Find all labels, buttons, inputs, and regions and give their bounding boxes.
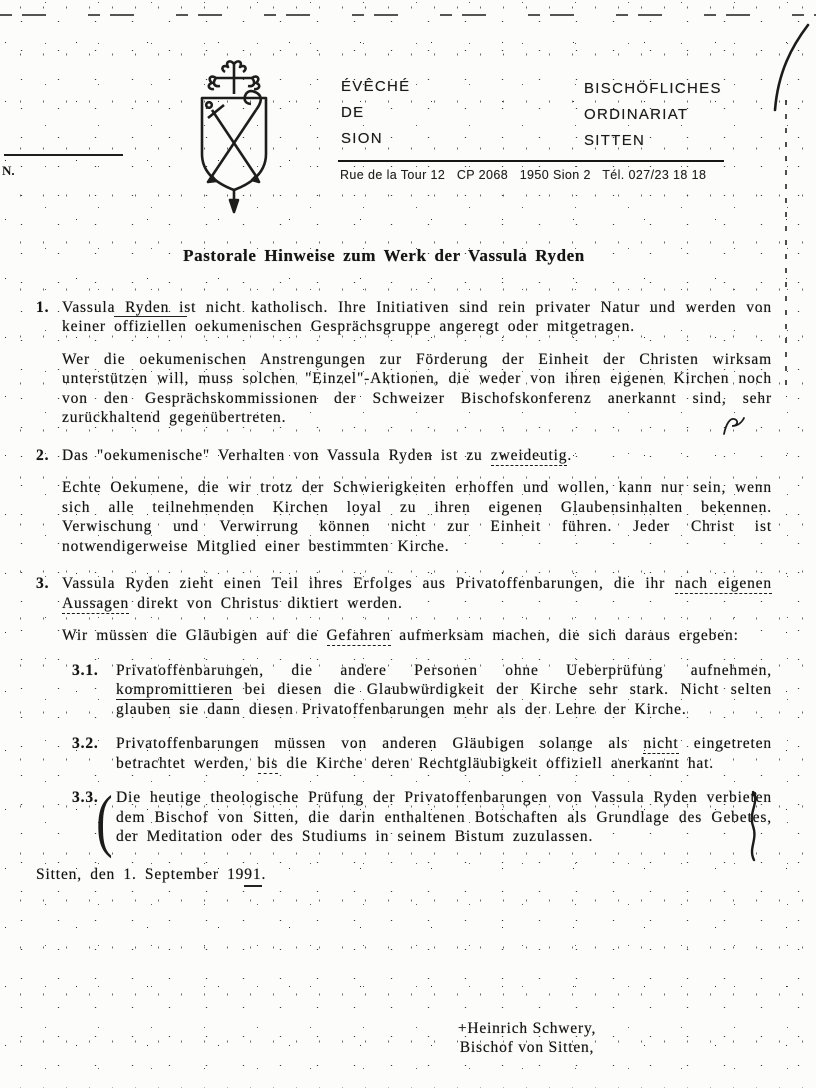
paragraph: Wer die oekumenischen Anstrengungen zur … xyxy=(62,350,772,428)
numbered-subitem-3-3: 3.3. Die heutige theologische Prüfung de… xyxy=(72,788,772,847)
paragraph: Vassula Ryden ist nicht katholisch. Ihre… xyxy=(62,298,772,337)
letterhead-fr-line3: SION xyxy=(341,126,411,152)
underlined-word: kompromittieren xyxy=(116,681,233,700)
underlined-word: nicht xyxy=(643,735,678,754)
numbered-subitem-3-2: 3.2. Privatoffenbarungen müssen von ande… xyxy=(72,734,772,773)
underlined-word: bis xyxy=(258,755,279,774)
paragraph: Echte Oekumene, die wir trotz der Schwie… xyxy=(62,478,772,556)
paragraph: Privatoffenbarungen müssen von anderen G… xyxy=(116,734,772,773)
numbered-item-3: 3. Vassula Ryden zieht einen Teil ihres … xyxy=(36,574,772,646)
item-number: 2. xyxy=(36,446,62,557)
letterhead-fr-line1: ÉVÊCHÉ xyxy=(341,74,411,100)
letterhead-de-line1: BISCHÖFLICHES xyxy=(584,76,722,102)
margin-note: N. xyxy=(2,163,15,179)
numbered-subitem-3-1: 3.1. Privatoffenbarungen, die andere Per… xyxy=(72,661,772,720)
scan-artifact-left-rule xyxy=(4,154,123,156)
paragraph: Privatoffenbarungen, die andere Personen… xyxy=(116,661,772,720)
paragraph: Vassula Ryden zieht einen Teil ihres Erf… xyxy=(62,574,772,613)
subitem-number: 3.1. xyxy=(72,661,116,720)
numbered-item-2: 2. Das "oekumenische" Verhalten von Vass… xyxy=(36,446,772,557)
overlined-word: offiziellen xyxy=(114,316,187,335)
bishop-coat-of-arms-icon xyxy=(182,58,286,216)
signature-role: Bischof von Sitten, xyxy=(402,1039,652,1058)
letter-body: Pastorale Hinweise zum Werk der Vassula … xyxy=(36,246,772,884)
letterhead-de-line2: ORDINARIAT xyxy=(584,102,722,128)
date-line: Sitten, den 1. September 1991. xyxy=(36,865,772,885)
signature-name: +Heinrich Schwery, xyxy=(402,1020,652,1039)
paragraph: Wir müssen die Gläubigen auf die Gefahre… xyxy=(62,626,772,646)
underlined-word: zweideutig xyxy=(491,447,568,466)
document-title: Pastorale Hinweise zum Werk der Vassula … xyxy=(36,246,732,266)
letterhead-french: ÉVÊCHÉ DE SION xyxy=(341,74,411,152)
letterhead-german: BISCHÖFLICHES ORDINARIAT SITTEN xyxy=(584,76,722,154)
scan-artifact-right-dotted-line xyxy=(785,100,787,388)
letterhead-divider xyxy=(338,160,724,162)
signature-block: +Heinrich Schwery, Bischof von Sitten, xyxy=(402,1020,652,1057)
scan-artifact-pen-curve xyxy=(768,22,812,114)
item-number: 1. xyxy=(36,298,62,428)
scan-artifact-top-dashed-line xyxy=(0,14,816,16)
paragraph: Das "oekumenische" Verhalten von Vassula… xyxy=(62,446,772,466)
scanned-letter-page: N. ( xyxy=(0,0,816,1088)
subitem-number: 3.2. xyxy=(72,734,116,773)
numbered-item-1: 1. Vassula Ryden ist nicht katholisch. I… xyxy=(36,298,772,428)
paragraph: Die heutige theologische Prüfung der Pri… xyxy=(116,788,772,847)
item-number: 3. xyxy=(36,574,62,646)
underlined-year: 91 xyxy=(244,866,261,887)
letterhead-address: Rue de la Tour 12 CP 2068 1950 Sion 2 Té… xyxy=(340,168,706,182)
subitem-number: 3.3. xyxy=(72,788,116,847)
letterhead-de-line3: SITTEN xyxy=(584,128,722,154)
underlined-word: Gefahren xyxy=(327,627,391,646)
letterhead-fr-line2: DE xyxy=(341,100,411,126)
